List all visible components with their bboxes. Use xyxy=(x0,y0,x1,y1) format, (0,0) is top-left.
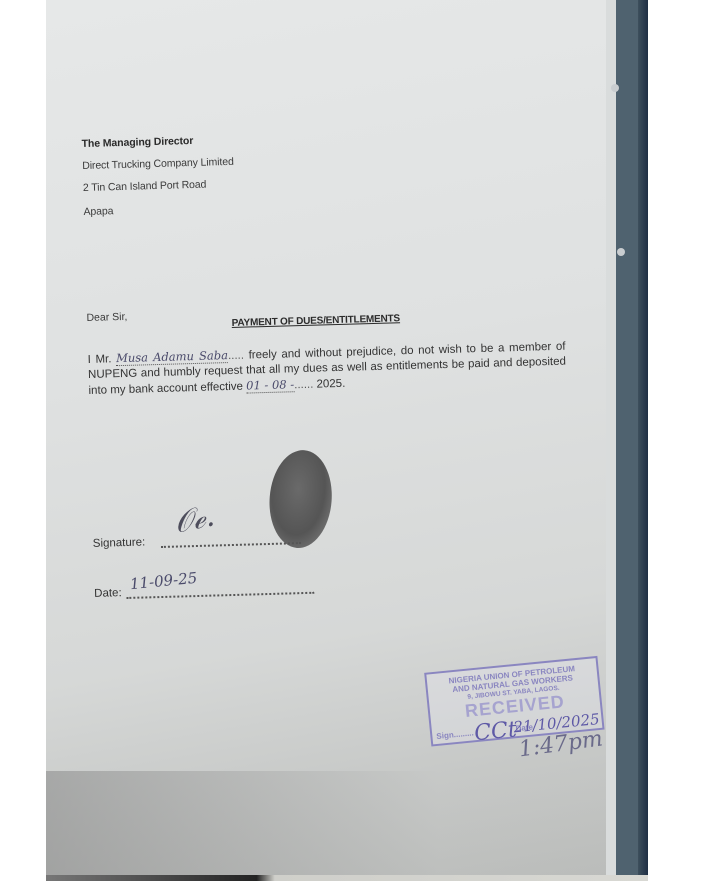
date-label: Date: xyxy=(94,587,122,600)
punch-hole xyxy=(617,248,625,256)
document-photo: The Managing Director Direct Trucking Co… xyxy=(46,0,648,881)
handwritten-signature: 𝒪ℯ. xyxy=(171,498,217,540)
body-prefix: I Mr. xyxy=(88,353,112,366)
signature-line xyxy=(161,542,301,548)
punch-hole xyxy=(611,84,619,92)
stamp-handwritten-sign: CCt xyxy=(474,725,517,738)
handwritten-effective-date: 01 - 08 - xyxy=(246,377,294,393)
handwritten-date: 11-09-25 xyxy=(129,569,198,593)
letter-body: I Mr. Musa Adamu Saba..... freely and wi… xyxy=(87,339,566,399)
recipient-company: Direct Trucking Company Limited xyxy=(82,156,234,172)
letter-page: The Managing Director Direct Trucking Co… xyxy=(46,0,606,881)
recipient-city: Apapa xyxy=(83,205,113,218)
date-dots: ...... xyxy=(294,379,313,392)
letter-subject: PAYMENT OF DUES/ENTITLEMENTS xyxy=(232,313,401,329)
binder-edge xyxy=(638,0,648,881)
recipient-title: The Managing Director xyxy=(81,135,193,150)
signature-label: Signature: xyxy=(93,536,146,549)
stamp-sign-label: Sign......... xyxy=(436,728,474,741)
name-dots: ..... xyxy=(228,350,244,362)
recipient-street: 2 Tin Can Island Port Road xyxy=(83,179,207,194)
salutation: Dear Sir, xyxy=(86,311,127,324)
handwritten-name: Musa Adamu Saba xyxy=(116,348,228,366)
effective-year: 2025. xyxy=(316,378,345,391)
date-line xyxy=(126,592,314,599)
thumbprint xyxy=(266,448,335,550)
table-edge xyxy=(46,875,648,881)
